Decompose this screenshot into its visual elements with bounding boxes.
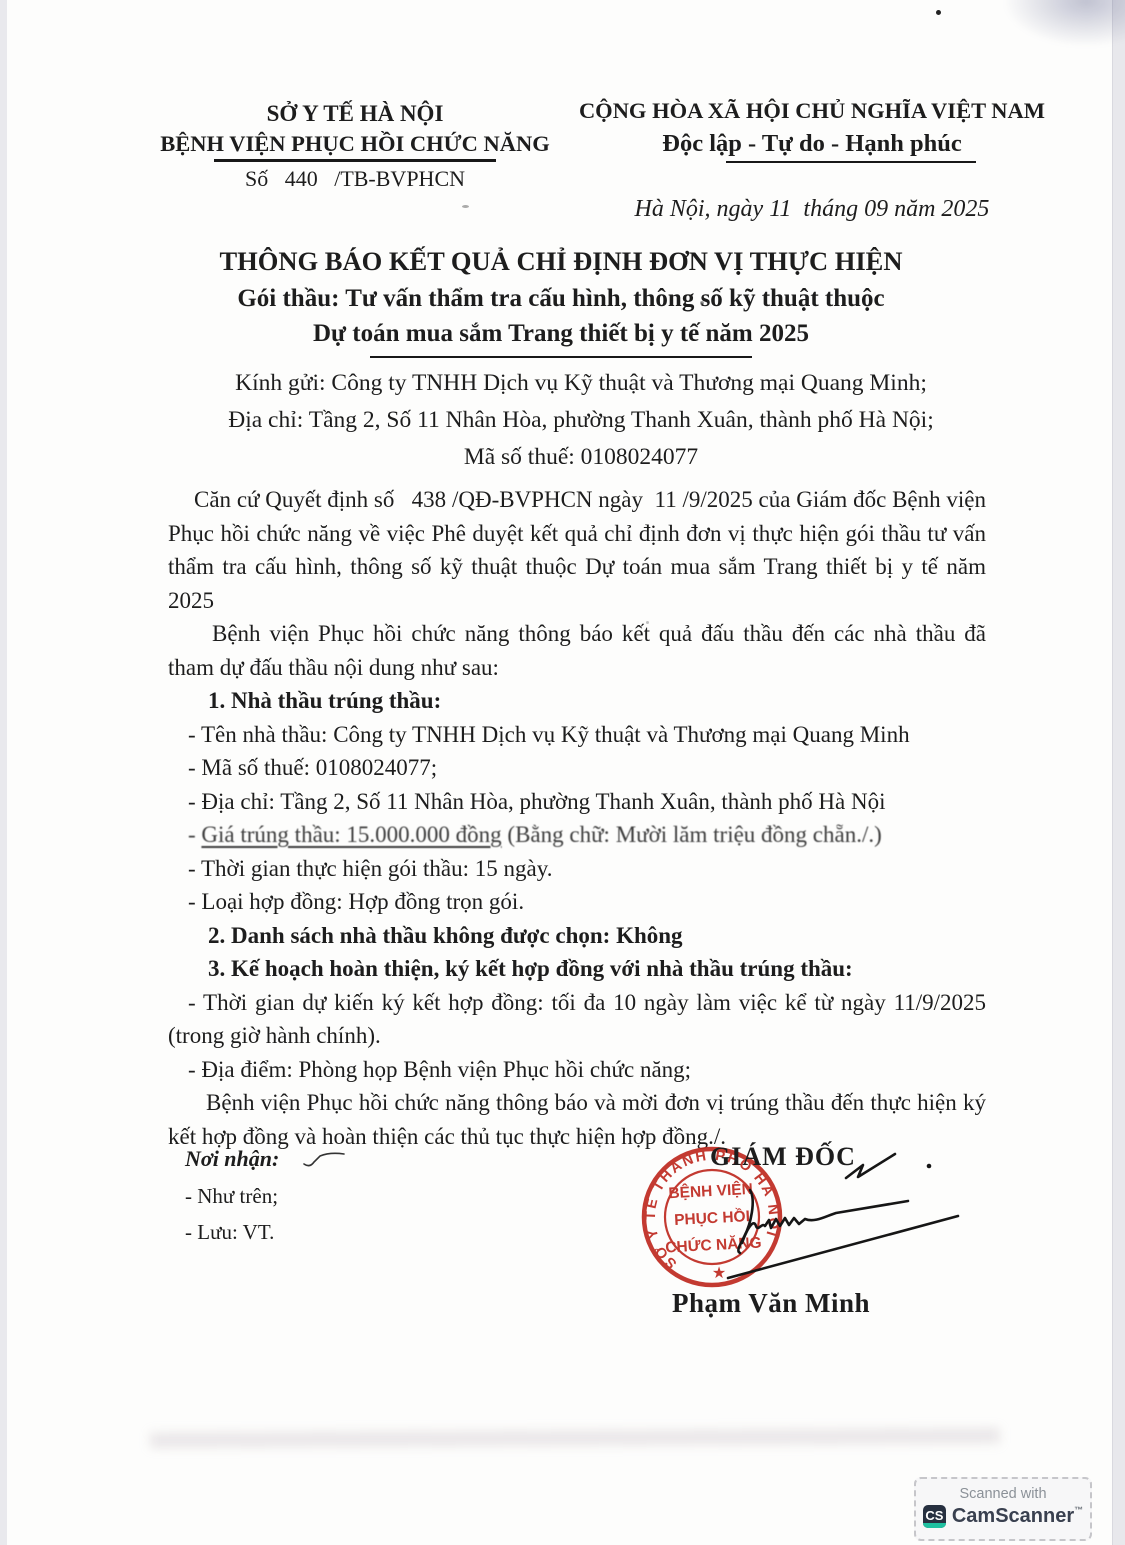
section2-heading: 2. Danh sách nhà thầu không được chọn: K… bbox=[168, 919, 986, 953]
bullet-winning-price: - Giá trúng thầu: 15.000.000 đồng (Bằng … bbox=[168, 818, 986, 852]
scanned-with-label: Scanned with bbox=[916, 1486, 1090, 1502]
bullet-duration: - Thời gian thực hiện gói thầu: 15 ngày. bbox=[168, 852, 986, 886]
handwritten-signature bbox=[690, 1140, 1025, 1300]
section3-heading: 3. Kế hoạch hoàn thiện, ký kết hợp đồng … bbox=[168, 952, 986, 986]
recipient-address: Địa chỉ: Tầng 2, Số 11 Nhân Hòa, phường … bbox=[165, 402, 997, 439]
scan-left-edge bbox=[0, 0, 7, 1545]
recipient-tax-code: Mã số thuế: 0108024077 bbox=[165, 439, 997, 476]
scan-speck bbox=[462, 205, 469, 208]
issuer-underline bbox=[214, 159, 496, 162]
scan-right-edge bbox=[1112, 0, 1125, 1545]
price-dash: - bbox=[188, 822, 201, 847]
paragraph-announce: Bệnh viện Phục hồi chức năng thông báo k… bbox=[168, 617, 986, 684]
recipients-label: Nơi nhận: bbox=[185, 1146, 279, 1172]
recipients-item-archive: - Lưu: VT. bbox=[185, 1220, 279, 1245]
paragraph-basis: Căn cứ Quyết định số 438 /QĐ-BVPHCN ngày… bbox=[168, 483, 986, 617]
recipient-company: Kính gửi: Công ty TNHH Dịch vụ Kỹ thuật … bbox=[165, 365, 997, 402]
document-title: THÔNG BÁO KẾT QUẢ CHỈ ĐỊNH ĐƠN VỊ THỰC H… bbox=[155, 243, 967, 281]
issuer-organization: BỆNH VIỆN PHỤC HỒI CHỨC NĂNG bbox=[140, 129, 570, 159]
title-underline bbox=[370, 356, 752, 359]
scan-corner-smudge bbox=[1005, 0, 1125, 46]
recipients-item-as-above: - Như trên; bbox=[185, 1184, 279, 1209]
trademark-symbol: ™ bbox=[1074, 1505, 1083, 1515]
section1-heading: 1. Nhà thầu trúng thầu: bbox=[168, 684, 986, 718]
camscanner-logo-text: CS bbox=[925, 1508, 943, 1523]
bullet-contractor-name: - Tên nhà thầu: Công ty TNHH Dịch vụ Kỹ … bbox=[168, 718, 986, 752]
document-title-block: THÔNG BÁO KẾT QUẢ CHỈ ĐỊNH ĐƠN VỊ THỰC H… bbox=[155, 243, 967, 358]
scan-speck bbox=[936, 10, 941, 15]
pen-mark-icon bbox=[300, 1148, 348, 1170]
bullet-contract-type: - Loại hợp đồng: Hợp đồng trọn gói. bbox=[168, 885, 986, 919]
bullet-tax-code: - Mã số thuế: 0108024077; bbox=[168, 751, 986, 785]
national-title: CỘNG HÒA XÃ HỘI CHỦ NGHĨA VIỆT NAM bbox=[576, 95, 1048, 127]
bullet-address: - Địa chỉ: Tầng 2, Số 11 Nhân Hòa, phườn… bbox=[168, 785, 986, 819]
recipients-footer: Nơi nhận: - Như trên; - Lưu: VT. bbox=[185, 1146, 279, 1245]
camscanner-badge[interactable]: Scanned with CS CamScanner™ bbox=[914, 1477, 1092, 1541]
issuer-authority: SỞ Y TẾ HÀ NỘI bbox=[140, 98, 570, 129]
bullet-signing-place: - Địa điểm: Phòng họp Bệnh viện Phục hồi… bbox=[168, 1053, 986, 1087]
price-in-words: (Bằng chữ: Mười lăm triệu đồng chẵn./.) bbox=[502, 822, 882, 847]
place-dateline: Hà Nội, ngày 11 tháng 09 năm 2025 bbox=[576, 193, 1048, 227]
scan-ghost-band bbox=[150, 1428, 1000, 1448]
scanned-document-page: SỞ Y TẾ HÀ NỘI BỆNH VIỆN PHỤC HỒI CHỨC N… bbox=[0, 0, 1125, 1545]
camscanner-logo-icon: CS bbox=[923, 1505, 946, 1528]
recipient-block: Kính gửi: Công ty TNHH Dịch vụ Kỹ thuật … bbox=[165, 365, 997, 476]
national-header: CỘNG HÒA XÃ HỘI CHỦ NGHĨA VIỆT NAM Độc l… bbox=[576, 95, 1048, 227]
price-underlined-text: Giá trúng thầu: 15.000.000 đồng bbox=[201, 822, 501, 847]
camscanner-name-text: CamScanner bbox=[952, 1505, 1074, 1527]
camscanner-name: CamScanner™ bbox=[952, 1505, 1083, 1528]
document-subtitle-1: Gói thầu: Tư vấn thẩm tra cấu hình, thôn… bbox=[155, 281, 967, 317]
motto-underline bbox=[726, 161, 976, 164]
document-body: Căn cứ Quyết định số 438 /QĐ-BVPHCN ngày… bbox=[168, 483, 986, 1153]
issuer-header: SỞ Y TẾ HÀ NỘI BỆNH VIỆN PHỤC HỒI CHỨC N… bbox=[140, 98, 570, 194]
national-motto: Độc lập - Tự do - Hạnh phúc bbox=[576, 127, 1048, 161]
bullet-signing-time: - Thời gian dự kiến ký kết hợp đồng: tối… bbox=[168, 986, 986, 1053]
document-subtitle-2: Dự toán mua sắm Trang thiết bị y tế năm … bbox=[155, 316, 967, 352]
document-number: Số 440 /TB-BVPHCN bbox=[140, 164, 570, 194]
